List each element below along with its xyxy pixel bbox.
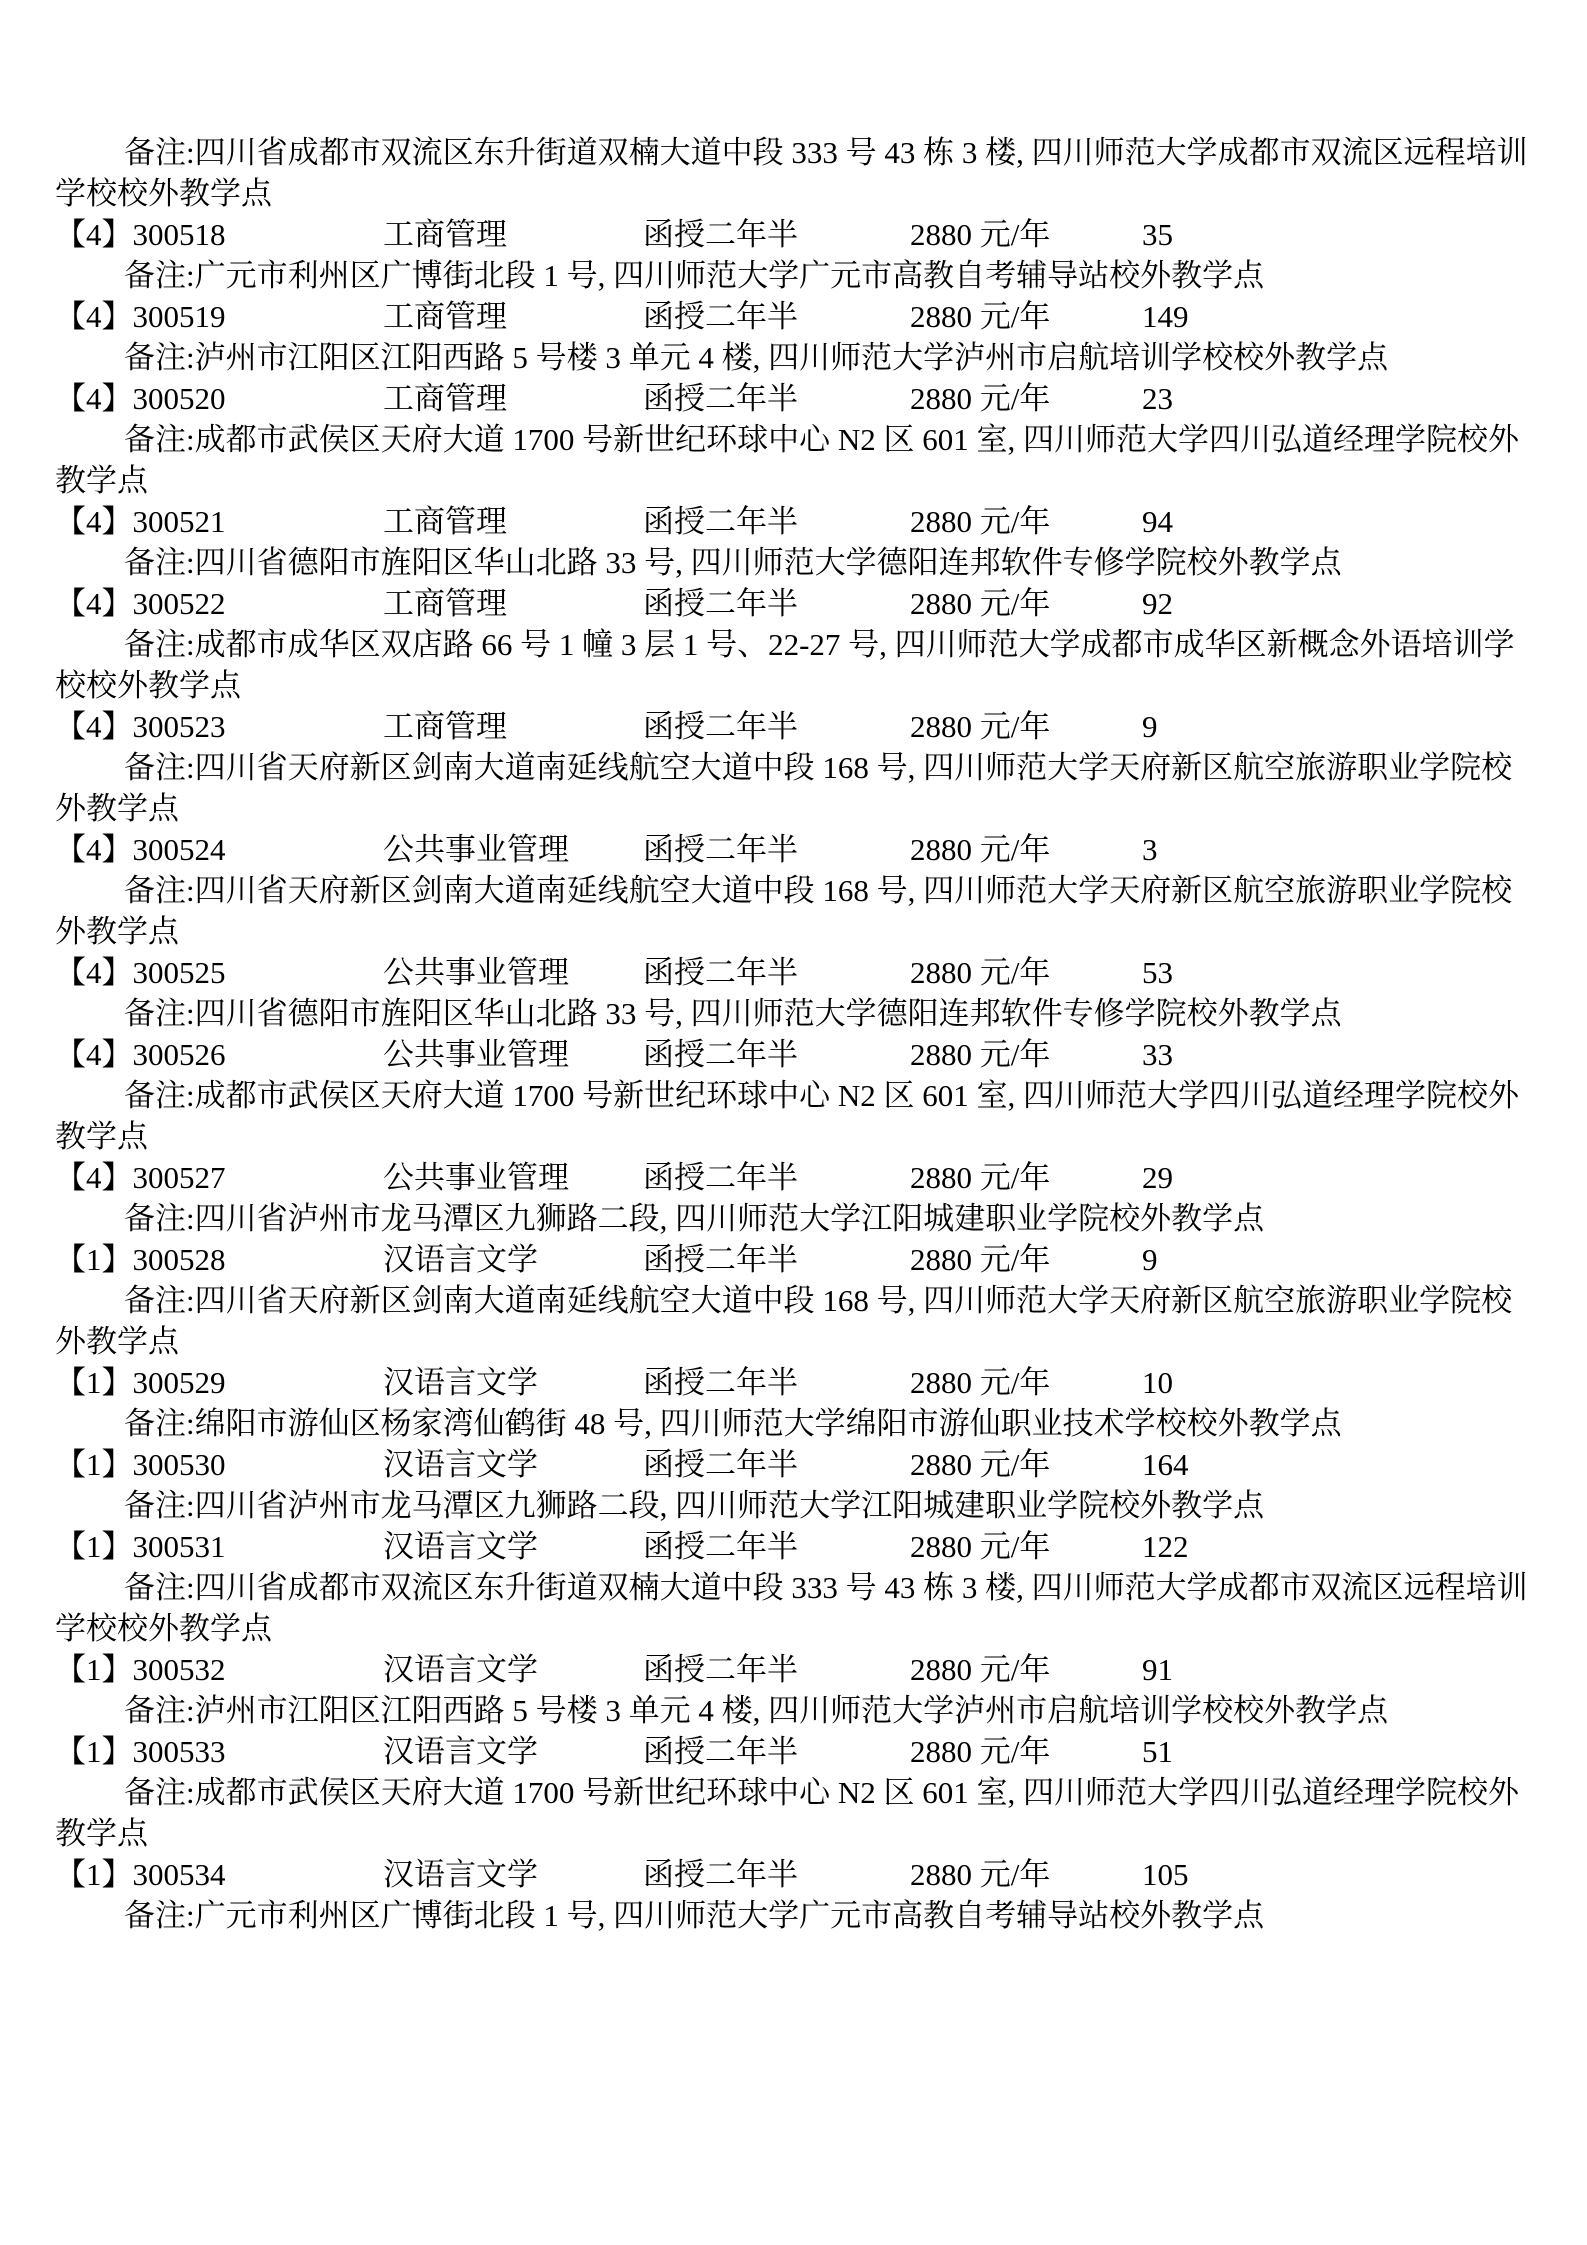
entry-row: 【1】300530 汉语言文学 函授二年半 2880 元/年 164: [55, 1444, 1533, 1485]
entry-enrollment-count: 33: [1142, 1034, 1173, 1075]
entry-code: 【1】300528: [55, 1239, 383, 1280]
entry-row: 【4】300523 工商管理 函授二年半 2880 元/年 9: [55, 706, 1533, 747]
entry-code-number: 300527: [133, 1160, 226, 1195]
entry-major: 汉语言文学: [383, 1444, 643, 1485]
entry-study-form: 函授二年半: [643, 952, 910, 993]
entry-major: 工商管理: [383, 501, 643, 542]
entry-enrollment-count: 35: [1142, 214, 1173, 255]
entry-tuition-fee: 2880 元/年: [910, 1034, 1142, 1075]
entry-code: 【1】300530: [55, 1444, 383, 1485]
entry-study-form: 函授二年半: [643, 829, 910, 870]
entry-row: 【4】300526 公共事业管理 函授二年半 2880 元/年 33: [55, 1034, 1533, 1075]
entry-tuition-fee: 2880 元/年: [910, 1239, 1142, 1280]
entry-tuition-fee: 2880 元/年: [910, 296, 1142, 337]
entry-tuition-fee: 2880 元/年: [910, 829, 1142, 870]
entry-row: 【4】300524 公共事业管理 函授二年半 2880 元/年 3: [55, 829, 1533, 870]
document-content: 备注:四川省成都市双流区东升街道双楠大道中段 333 号 43 栋 3 楼, 四…: [55, 132, 1533, 1936]
entry-remark: 备注:成都市武侯区天府大道 1700 号新世纪环球中心 N2 区 601 室, …: [55, 1772, 1533, 1854]
entry-code: 【4】300521: [55, 501, 383, 542]
entry-study-form: 函授二年半: [643, 1034, 910, 1075]
entry-study-form: 函授二年半: [643, 1731, 910, 1772]
entry-major: 公共事业管理: [383, 829, 643, 870]
entry-major: 工商管理: [383, 296, 643, 337]
entry-row: 【4】300519 工商管理 函授二年半 2880 元/年 149: [55, 296, 1533, 337]
entry-remark: 备注:成都市成华区双店路 66 号 1 幢 3 层 1 号、22-27 号, 四…: [55, 624, 1533, 706]
entry-major: 工商管理: [383, 706, 643, 747]
entry-code-number: 300534: [133, 1857, 226, 1892]
entry-study-form: 函授二年半: [643, 378, 910, 419]
entry-tuition-fee: 2880 元/年: [910, 706, 1142, 747]
entry-bracket-tag: 【1】: [55, 1365, 133, 1400]
entry-remark: 备注:成都市武侯区天府大道 1700 号新世纪环球中心 N2 区 601 室, …: [55, 419, 1533, 501]
entry-tuition-fee: 2880 元/年: [910, 378, 1142, 419]
entry-bracket-tag: 【4】: [55, 586, 133, 621]
entry-enrollment-count: 164: [1142, 1444, 1189, 1485]
entry-code-number: 300522: [133, 586, 226, 621]
entry-enrollment-count: 10: [1142, 1362, 1173, 1403]
entry-code: 【4】300520: [55, 378, 383, 419]
entry-study-form: 函授二年半: [643, 1526, 910, 1567]
entry-code: 【4】300522: [55, 583, 383, 624]
entry-code-number: 300518: [133, 217, 226, 252]
entry-bracket-tag: 【4】: [55, 381, 133, 416]
entry-remark: 备注:四川省泸州市龙马潭区九狮路二段, 四川师范大学江阳城建职业学院校外教学点: [55, 1198, 1533, 1239]
entry-bracket-tag: 【1】: [55, 1529, 133, 1564]
entry-code-number: 300525: [133, 955, 226, 990]
entry-enrollment-count: 23: [1142, 378, 1173, 419]
entry-bracket-tag: 【4】: [55, 504, 133, 539]
entry-major: 汉语言文学: [383, 1649, 643, 1690]
entry-code: 【1】300532: [55, 1649, 383, 1690]
entry-row: 【1】300528 汉语言文学 函授二年半 2880 元/年 9: [55, 1239, 1533, 1280]
entry-code-number: 300530: [133, 1447, 226, 1482]
entry-bracket-tag: 【4】: [55, 217, 133, 252]
entry-list: 【4】300518 工商管理 函授二年半 2880 元/年 35 备注:广元市利…: [55, 214, 1533, 1936]
entry-study-form: 函授二年半: [643, 1649, 910, 1690]
entry-enrollment-count: 3: [1142, 829, 1158, 870]
entry-code: 【4】300525: [55, 952, 383, 993]
entry-code-number: 300529: [133, 1365, 226, 1400]
entry-code-number: 300523: [133, 709, 226, 744]
entry-code: 【4】300524: [55, 829, 383, 870]
entry-code: 【4】300518: [55, 214, 383, 255]
entry-code: 【1】300531: [55, 1526, 383, 1567]
entry-remark: 备注:四川省德阳市旌阳区华山北路 33 号, 四川师范大学德阳连邦软件专修学院校…: [55, 993, 1533, 1034]
entry-major: 公共事业管理: [383, 1034, 643, 1075]
entry-code-number: 300521: [133, 504, 226, 539]
entry-study-form: 函授二年半: [643, 1854, 910, 1895]
entry-code: 【4】300526: [55, 1034, 383, 1075]
entry-code-number: 300528: [133, 1242, 226, 1277]
entry-row: 【1】300533 汉语言文学 函授二年半 2880 元/年 51: [55, 1731, 1533, 1772]
entry-row: 【1】300531 汉语言文学 函授二年半 2880 元/年 122: [55, 1526, 1533, 1567]
entry-study-form: 函授二年半: [643, 214, 910, 255]
entry-study-form: 函授二年半: [643, 1362, 910, 1403]
entry-row: 【4】300520 工商管理 函授二年半 2880 元/年 23: [55, 378, 1533, 419]
entry-tuition-fee: 2880 元/年: [910, 1444, 1142, 1485]
entry-study-form: 函授二年半: [643, 501, 910, 542]
entry-major: 汉语言文学: [383, 1526, 643, 1567]
entry-row: 【1】300532 汉语言文学 函授二年半 2880 元/年 91: [55, 1649, 1533, 1690]
entry-enrollment-count: 51: [1142, 1731, 1173, 1772]
entry-remark: 备注:四川省德阳市旌阳区华山北路 33 号, 四川师范大学德阳连邦软件专修学院校…: [55, 542, 1533, 583]
entry-bracket-tag: 【1】: [55, 1447, 133, 1482]
entry-major: 汉语言文学: [383, 1239, 643, 1280]
leading-remark: 备注:四川省成都市双流区东升街道双楠大道中段 333 号 43 栋 3 楼, 四…: [55, 132, 1533, 214]
entry-enrollment-count: 149: [1142, 296, 1189, 337]
entry-remark: 备注:四川省泸州市龙马潭区九狮路二段, 四川师范大学江阳城建职业学院校外教学点: [55, 1485, 1533, 1526]
entry-tuition-fee: 2880 元/年: [910, 1649, 1142, 1690]
entry-code-number: 300519: [133, 299, 226, 334]
entry-bracket-tag: 【4】: [55, 832, 133, 867]
entry-remark: 备注:四川省天府新区剑南大道南延线航空大道中段 168 号, 四川师范大学天府新…: [55, 1280, 1533, 1362]
entry-bracket-tag: 【4】: [55, 955, 133, 990]
entry-enrollment-count: 9: [1142, 706, 1158, 747]
entry-enrollment-count: 53: [1142, 952, 1173, 993]
entry-major: 汉语言文学: [383, 1731, 643, 1772]
entry-remark: 备注:成都市武侯区天府大道 1700 号新世纪环球中心 N2 区 601 室, …: [55, 1075, 1533, 1157]
entry-major: 汉语言文学: [383, 1854, 643, 1895]
entry-row: 【4】300518 工商管理 函授二年半 2880 元/年 35: [55, 214, 1533, 255]
entry-tuition-fee: 2880 元/年: [910, 583, 1142, 624]
entry-enrollment-count: 29: [1142, 1157, 1173, 1198]
entry-bracket-tag: 【4】: [55, 299, 133, 334]
entry-remark: 备注:四川省天府新区剑南大道南延线航空大道中段 168 号, 四川师范大学天府新…: [55, 747, 1533, 829]
entry-remark: 备注:泸州市江阳区江阳西路 5 号楼 3 单元 4 楼, 四川师范大学泸州市启航…: [55, 1690, 1533, 1731]
entry-remark: 备注:四川省天府新区剑南大道南延线航空大道中段 168 号, 四川师范大学天府新…: [55, 870, 1533, 952]
entry-major: 工商管理: [383, 214, 643, 255]
entry-row: 【1】300534 汉语言文学 函授二年半 2880 元/年 105: [55, 1854, 1533, 1895]
entry-tuition-fee: 2880 元/年: [910, 952, 1142, 993]
entry-major: 工商管理: [383, 378, 643, 419]
entry-code-number: 300533: [133, 1734, 226, 1769]
entry-tuition-fee: 2880 元/年: [910, 501, 1142, 542]
entry-study-form: 函授二年半: [643, 1157, 910, 1198]
entry-bracket-tag: 【1】: [55, 1652, 133, 1687]
document-page: 备注:四川省成都市双流区东升街道双楠大道中段 333 号 43 栋 3 楼, 四…: [0, 0, 1587, 2245]
entry-code-number: 300520: [133, 381, 226, 416]
entry-study-form: 函授二年半: [643, 296, 910, 337]
entry-enrollment-count: 91: [1142, 1649, 1173, 1690]
entry-code: 【4】300527: [55, 1157, 383, 1198]
entry-row: 【4】300527 公共事业管理 函授二年半 2880 元/年 29: [55, 1157, 1533, 1198]
entry-code: 【4】300523: [55, 706, 383, 747]
entry-major: 公共事业管理: [383, 1157, 643, 1198]
entry-study-form: 函授二年半: [643, 706, 910, 747]
entry-enrollment-count: 122: [1142, 1526, 1189, 1567]
entry-tuition-fee: 2880 元/年: [910, 1854, 1142, 1895]
entry-code-number: 300532: [133, 1652, 226, 1687]
entry-major: 汉语言文学: [383, 1362, 643, 1403]
entry-tuition-fee: 2880 元/年: [910, 214, 1142, 255]
entry-code-number: 300531: [133, 1529, 226, 1564]
entry-bracket-tag: 【1】: [55, 1734, 133, 1769]
entry-remark: 备注:泸州市江阳区江阳西路 5 号楼 3 单元 4 楼, 四川师范大学泸州市启航…: [55, 337, 1533, 378]
entry-enrollment-count: 105: [1142, 1854, 1189, 1895]
entry-bracket-tag: 【4】: [55, 1037, 133, 1072]
entry-row: 【4】300525 公共事业管理 函授二年半 2880 元/年 53: [55, 952, 1533, 993]
entry-tuition-fee: 2880 元/年: [910, 1362, 1142, 1403]
entry-tuition-fee: 2880 元/年: [910, 1157, 1142, 1198]
entry-remark: 备注:绵阳市游仙区杨家湾仙鹤街 48 号, 四川师范大学绵阳市游仙职业技术学校校…: [55, 1403, 1533, 1444]
entry-bracket-tag: 【1】: [55, 1242, 133, 1277]
entry-code-number: 300526: [133, 1037, 226, 1072]
entry-study-form: 函授二年半: [643, 1444, 910, 1485]
entry-bracket-tag: 【4】: [55, 709, 133, 744]
entry-major: 工商管理: [383, 583, 643, 624]
entry-row: 【4】300521 工商管理 函授二年半 2880 元/年 94: [55, 501, 1533, 542]
entry-code: 【1】300534: [55, 1854, 383, 1895]
entry-code: 【1】300529: [55, 1362, 383, 1403]
entry-remark: 备注:广元市利州区广博街北段 1 号, 四川师范大学广元市高教自考辅导站校外教学…: [55, 255, 1533, 296]
entry-enrollment-count: 9: [1142, 1239, 1158, 1280]
entry-bracket-tag: 【1】: [55, 1857, 133, 1892]
entry-bracket-tag: 【4】: [55, 1160, 133, 1195]
entry-code: 【4】300519: [55, 296, 383, 337]
entry-row: 【4】300522 工商管理 函授二年半 2880 元/年 92: [55, 583, 1533, 624]
entry-code-number: 300524: [133, 832, 226, 867]
entry-study-form: 函授二年半: [643, 583, 910, 624]
entry-tuition-fee: 2880 元/年: [910, 1731, 1142, 1772]
entry-code: 【1】300533: [55, 1731, 383, 1772]
entry-remark: 备注:广元市利州区广博街北段 1 号, 四川师范大学广元市高教自考辅导站校外教学…: [55, 1895, 1533, 1936]
entry-remark: 备注:四川省成都市双流区东升街道双楠大道中段 333 号 43 栋 3 楼, 四…: [55, 1567, 1533, 1649]
entry-tuition-fee: 2880 元/年: [910, 1526, 1142, 1567]
entry-major: 公共事业管理: [383, 952, 643, 993]
entry-enrollment-count: 92: [1142, 583, 1173, 624]
entry-study-form: 函授二年半: [643, 1239, 910, 1280]
entry-row: 【1】300529 汉语言文学 函授二年半 2880 元/年 10: [55, 1362, 1533, 1403]
entry-enrollment-count: 94: [1142, 501, 1173, 542]
